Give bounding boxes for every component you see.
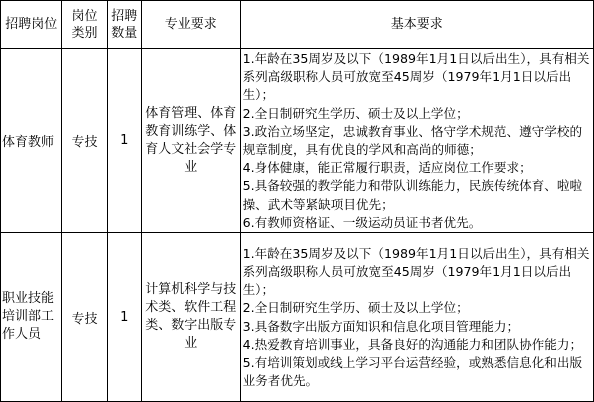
header-count: 招聘 数量 <box>107 1 141 49</box>
header-category: 岗位 类别 <box>62 1 107 49</box>
header-count-line2: 数量 <box>108 25 141 42</box>
header-position: 招聘岗位 <box>1 1 62 49</box>
cell-position: 体育教师 <box>1 49 62 233</box>
requirement-item: 1.年龄在35周岁及以下（1989年1月1日以后出生），具有相关系列高级职称人员… <box>243 245 591 300</box>
requirement-item: 3.政治立场坚定，忠诚教育事业、恪守学术规范、遵守学校的规章制度，具有优良的学风… <box>243 123 591 159</box>
requirement-item: 4.身体健康，能正常履行职责，适应岗位工作要求； <box>243 159 591 177</box>
cell-count: 1 <box>107 49 141 233</box>
header-requirements: 基本要求 <box>240 1 593 49</box>
header-row: 招聘岗位 岗位 类别 招聘 数量 专业要求 基本要求 <box>1 1 594 49</box>
requirement-item: 3.具备数字出版方面知识和信息化项目管理能力； <box>243 318 591 336</box>
cell-major: 计算机科学与技术类、软件工程类、数字出版专业 <box>141 233 240 398</box>
cell-requirements: 1.年龄在35周岁及以下（1989年1月1日以后出生），具有相关系列高级职称人员… <box>240 233 593 398</box>
header-count-line1: 招聘 <box>108 8 141 25</box>
cell-requirements: 1.年龄在35周岁及以下（1989年1月1日以后出生），具有相关系列高级职称人员… <box>240 49 593 233</box>
cell-position: 职业技能培训部工作人员 <box>1 233 62 398</box>
cell-major: 体育管理、体育教育训练学、体育人文社会学专业 <box>141 49 240 233</box>
header-requirements-label: 基本要求 <box>391 17 443 32</box>
requirement-item: 2.全日制研究生学历、硕士及以上学位； <box>243 299 591 317</box>
header-position-label: 招聘岗位 <box>5 17 57 32</box>
cell-category: 专技 <box>62 233 107 398</box>
recruitment-table: 招聘岗位 岗位 类别 招聘 数量 专业要求 基本要求 体育教师 专技 1 体育管… <box>0 0 594 398</box>
requirement-item: 1.年龄在35周岁及以下（1989年1月1日以后出生），具有相关系列高级职称人员… <box>243 50 591 105</box>
header-major: 专业要求 <box>141 1 240 49</box>
requirement-item: 2.全日制研究生学历、硕士及以上学位； <box>243 105 591 123</box>
header-category-line2: 类别 <box>62 25 106 42</box>
requirement-item: 5.有培训策划或线上学习平台运营经验，或熟悉信息化和出版业务者优先。 <box>243 354 591 390</box>
header-major-label: 专业要求 <box>165 17 217 32</box>
table-row: 体育教师 专技 1 体育管理、体育教育训练学、体育人文社会学专业 1.年龄在35… <box>1 49 594 233</box>
cell-category: 专技 <box>62 49 107 233</box>
requirement-item: 5.具备较强的教学能力和带队训练能力，民族传统体育、啦啦操、武术等紧缺项目优先； <box>243 177 591 213</box>
requirement-item: 6.有教师资格证、一级运动员证书者优先。 <box>243 214 591 232</box>
header-category-line1: 岗位 <box>62 8 106 25</box>
requirement-item: 4.热爱教育培训事业，具备良好的沟通能力和团队协作能力； <box>243 336 591 354</box>
table-row: 职业技能培训部工作人员 专技 1 计算机科学与技术类、软件工程类、数字出版专业 … <box>1 233 594 398</box>
cell-count: 1 <box>107 233 141 398</box>
